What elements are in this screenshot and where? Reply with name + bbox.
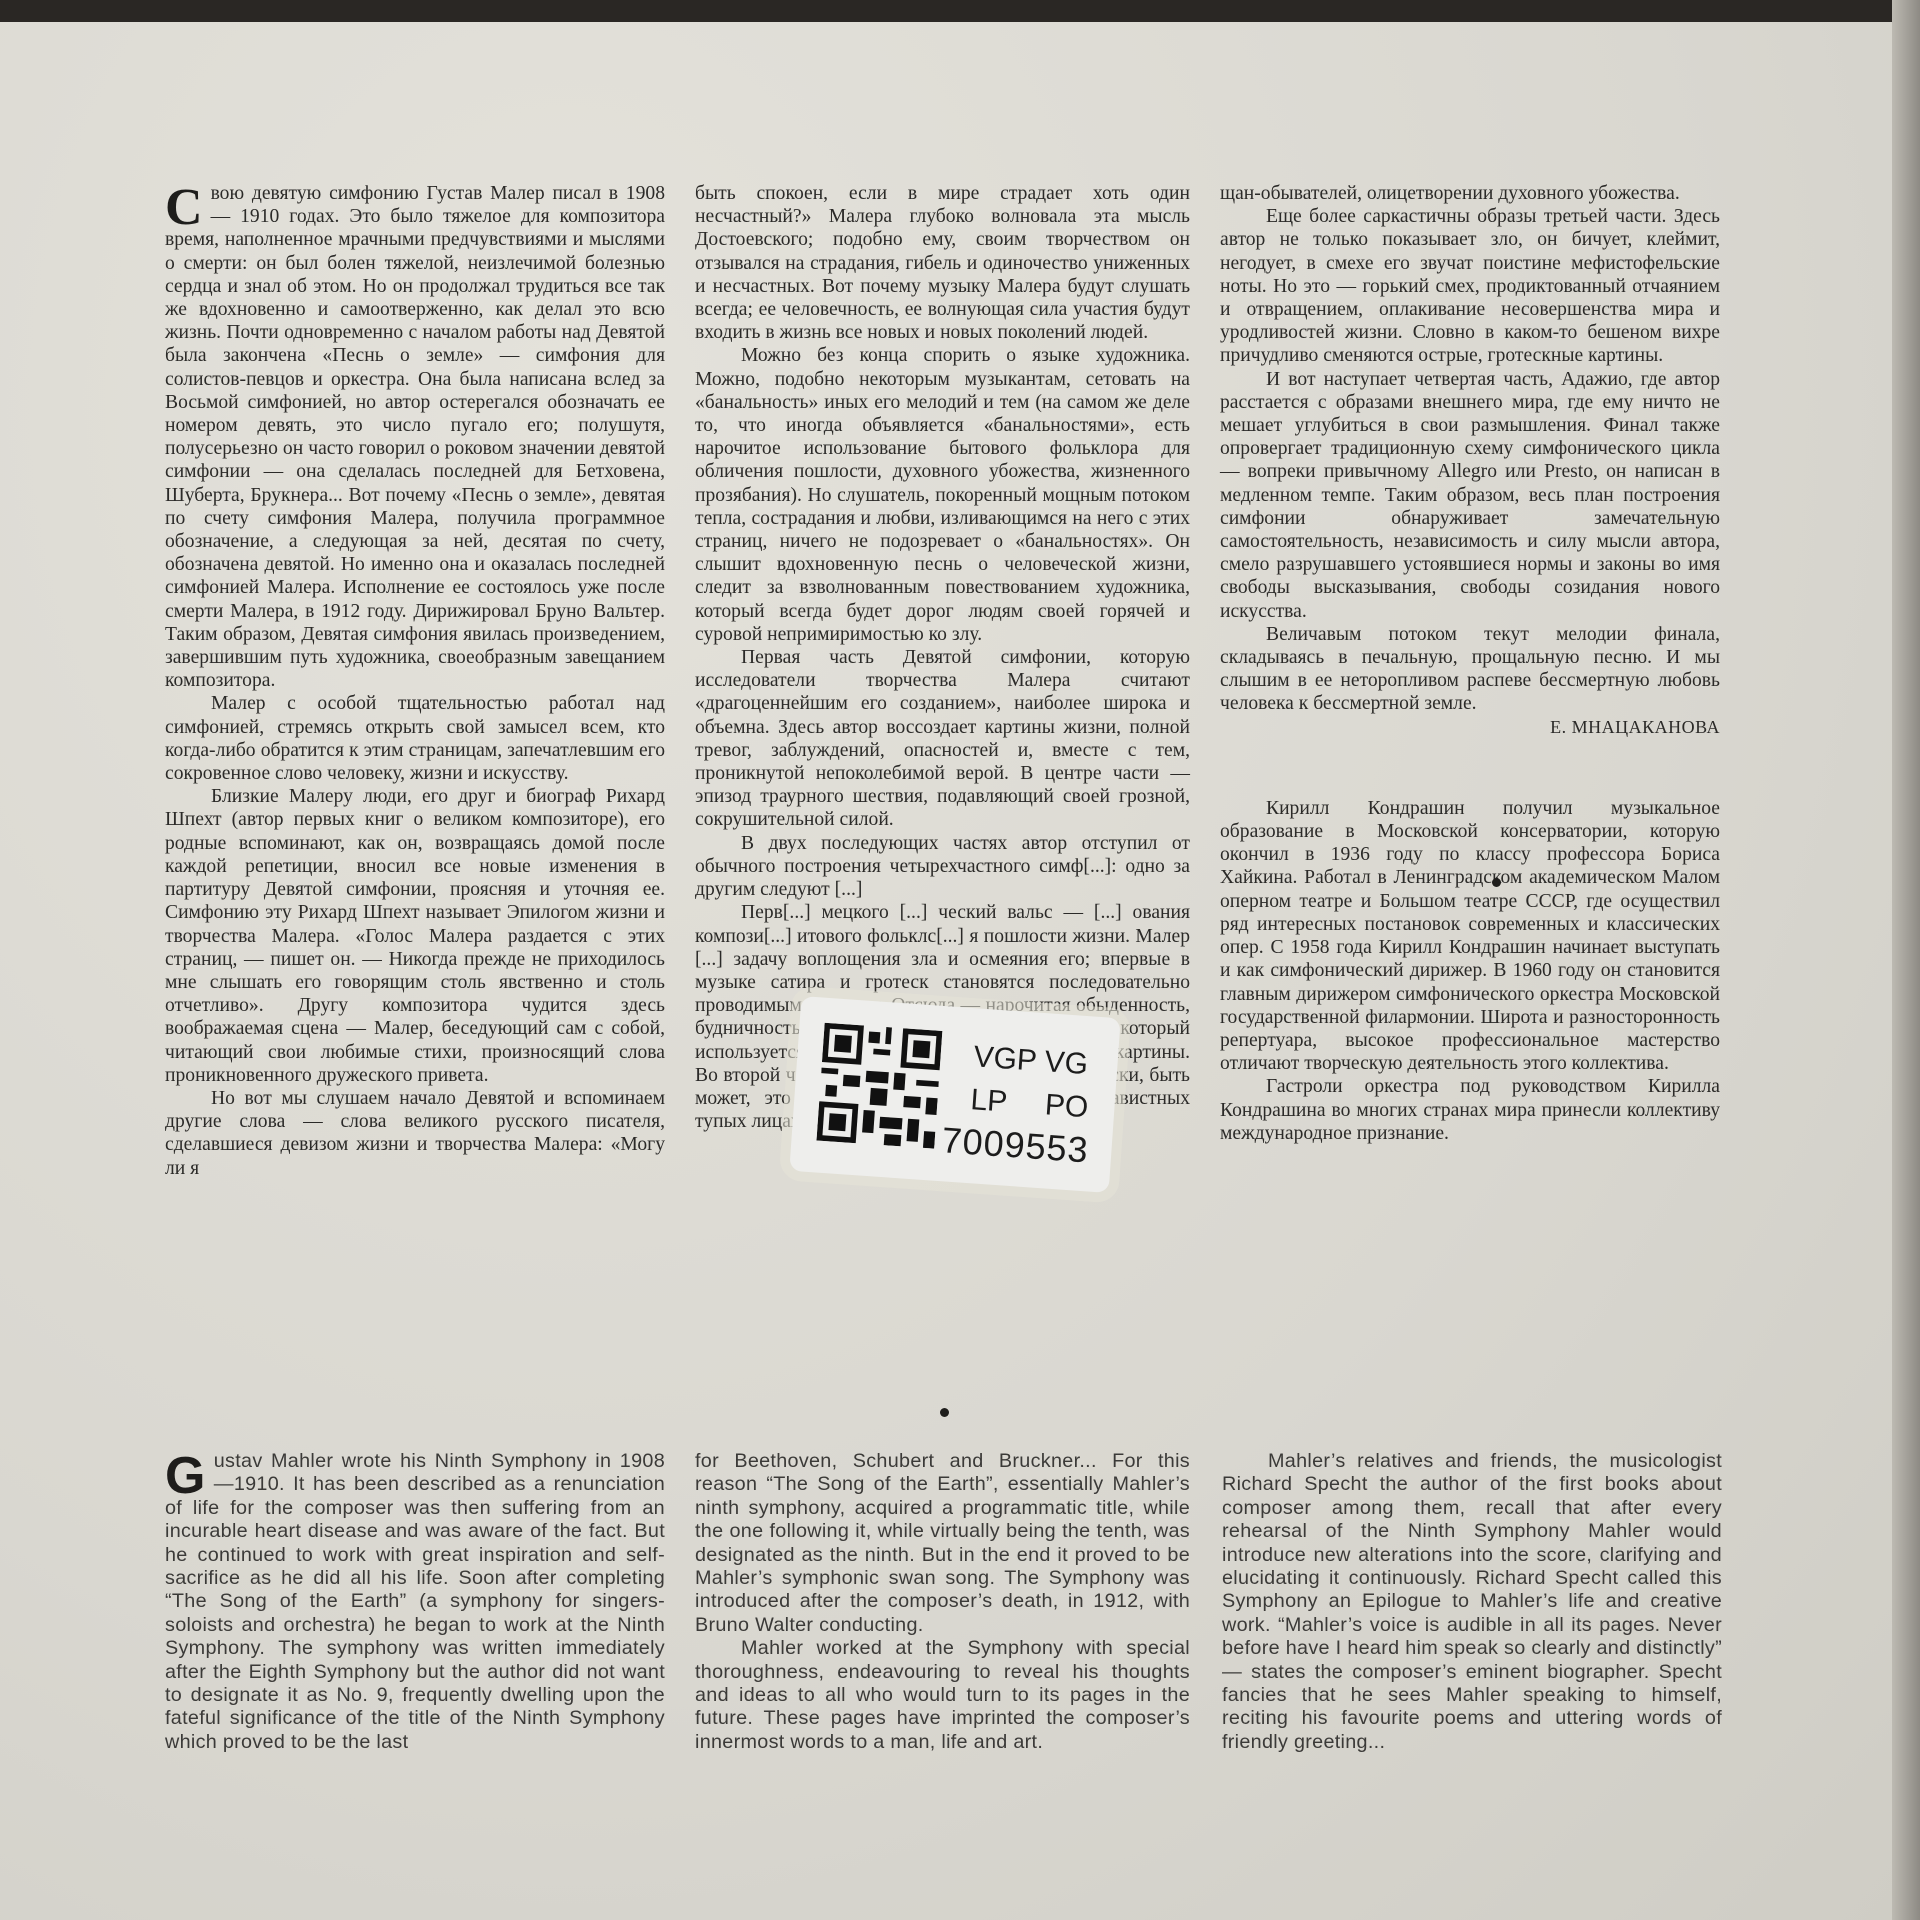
grading-sticker: VGP VG LP PO 7009553 (789, 996, 1120, 1193)
drop-cap: С (165, 188, 203, 228)
ru-column-2: быть спокоен, если в мире страдает хоть … (695, 182, 1190, 1133)
sticker-grade: VGP VG (972, 1040, 1089, 1082)
signature: Е. МНАЦАКАНОВА (1220, 716, 1720, 739)
drop-cap: G (165, 1456, 206, 1496)
en-column-1: Gustav Mahler wrote his Ninth Symphony i… (165, 1450, 665, 1754)
record-sleeve: Свою девятую симфонию Густав Малер писал… (0, 22, 1892, 1920)
sticker-format: LP PO (969, 1083, 1089, 1125)
separator-bullet (940, 1408, 949, 1417)
ru-column-1: Свою девятую симфонию Густав Малер писал… (165, 182, 665, 1180)
sleeve-edge (1892, 0, 1920, 1920)
sticker-code: 7009553 (940, 1119, 1090, 1171)
en-column-2: for Beethoven, Schubert and Bruckner... … (695, 1450, 1190, 1754)
qr-code-icon (816, 1023, 942, 1149)
en-column-3: Mahler’s relatives and friends, the musi… (1222, 1450, 1722, 1754)
ru-column-3: щан-обывателей, олицетворении духовного … (1220, 182, 1720, 1145)
separator-bullet (1492, 878, 1501, 887)
